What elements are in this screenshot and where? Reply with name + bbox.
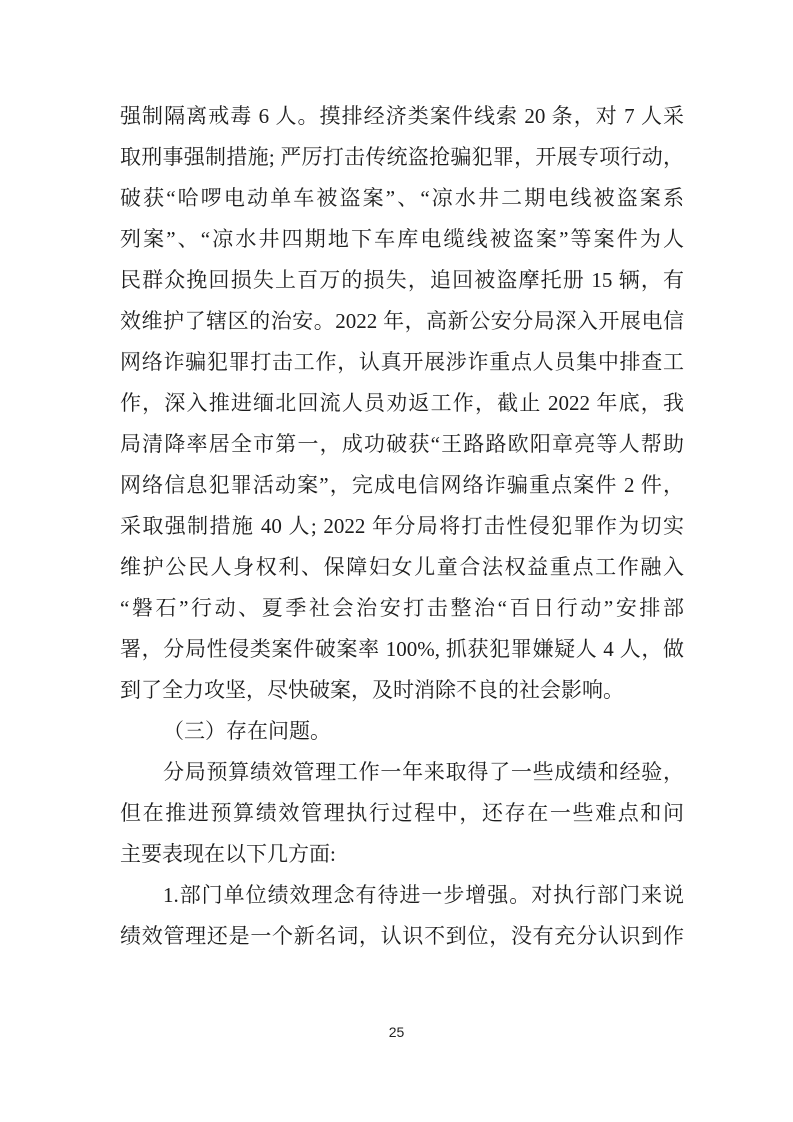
text-line: 局清降率居全市第一，成功破获“王路路欧阳章亮等人帮助 [120,424,684,465]
text-line: 署，分局性侵类案件破案率 100%, 抓获犯罪嫌疑人 4 人，做 [120,629,684,670]
text-line: “磐石”行动、夏季社会治安打击整治“百日行动”安排部 [120,588,684,629]
text-line: 破获“哈啰电动单车被盗案”、“凉水井二期电线被盗案系 [120,178,684,219]
text-line: 采取强制措施 40 人; 2022 年分局将打击性侵犯罪作为切实 [120,506,684,547]
text-line: 主要表现在以下几方面: [120,834,684,875]
document-page: 强制隔离戒毒 6 人。摸排经济类案件线索 20 条，对 7 人采 取刑事强制措施… [0,0,793,1122]
text-line: 列案”、“凉水井四期地下车库电缆线被盗案”等案件为人 [120,219,684,260]
text-line: 维护公民人身权利、保障妇女儿童合法权益重点工作融入 [120,547,684,588]
text-line: 效维护了辖区的治安。2022 年，高新公安分局深入开展电信 [120,301,684,342]
text-line: 强制隔离戒毒 6 人。摸排经济类案件线索 20 条，对 7 人采 [120,96,684,137]
text-line: 但在推进预算绩效管理执行过程中，还存在一些难点和问题， [120,793,684,834]
text-line: 网络信息犯罪活动案”，完成电信网络诈骗重点案件 2 件， [120,465,684,506]
text-line: 分局预算绩效管理工作一年来取得了一些成绩和经验， [120,752,684,793]
list-item-line: 1.部门单位绩效理念有待进一步增强。对执行部门来说 [120,875,684,916]
section-heading: （三）存在问题。 [120,711,684,752]
text-line: 作，深入推进缅北回流人员劝返工作，截止 2022 年底，我 [120,383,684,424]
page-number: 25 [0,1021,793,1043]
text-line: 到了全力攻坚，尽快破案，及时消除不良的社会影响。 [120,670,684,711]
text-line: 网络诈骗犯罪打击工作，认真开展涉诈重点人员集中排查工 [120,342,684,383]
text-line: 民群众挽回损失上百万的损失，追回被盗摩托册 15 辆，有 [120,260,684,301]
text-block: 强制隔离戒毒 6 人。摸排经济类案件线索 20 条，对 7 人采 取刑事强制措施… [120,96,684,957]
text-line: 取刑事强制措施; 严厉打击传统盗抢骗犯罪，开展专项行动， [120,137,684,178]
text-line: 绩效管理还是一个新名词，认识不到位，没有充分认识到作 [120,916,684,957]
